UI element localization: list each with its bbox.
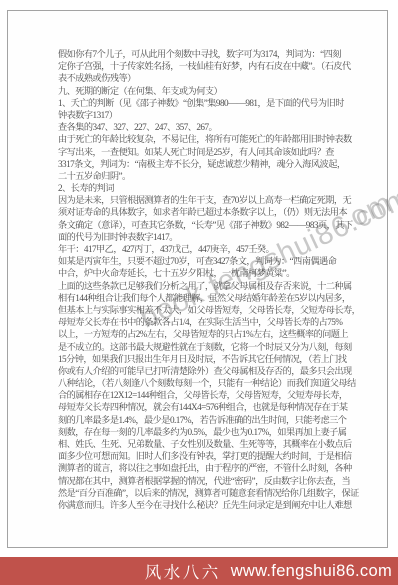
text-line: 3317条文，判词为：“南极主寿不长分，疑虑诚惹少精神，魂分入海风波起， xyxy=(58,158,358,170)
text-line: 中合，炉中火命寿延长，七十五岁夕阳杖，一枕南柯梦黄粱”。 xyxy=(58,267,358,279)
text-line: 字写出来，一查便知。如某人死亡时间是25岁，有人问其命该如此吗？查 xyxy=(58,146,358,158)
text-line: 如某是丙寅年生，只要不超过70岁，可查3427条文，判词为：“西南偶遇命 xyxy=(58,255,358,267)
body-text: 假如你有7个儿子，可从此用个刻数中寻找，数字可为3174，判词为：“四刻定你子宫… xyxy=(58,48,358,511)
text-line: 刻的几率最多是1.4%，最少是0.17%，若告诉准确的出生时间，只能考虑三个 xyxy=(58,414,358,426)
text-line: 刻数，存在每一刻的几率最多约为0.5%，最少也为0.17%，如果再加上妻子属 xyxy=(58,426,358,438)
text-line: 表不成熟或伤残等） xyxy=(58,72,358,84)
text-line: 合的属相存在12X12=144种组合，父母皆长寿，父母皆短寿，父短寿母长寿， xyxy=(58,389,358,401)
text-line: 须对证寿命的具体数字，如求者年龄已超过本条数字以上，（仍）则无法用本 xyxy=(58,206,358,218)
text-line: 假如你有7个儿子，可从此用个刻数中寻找，数字可为3174，判词为：“四刻 xyxy=(58,48,358,60)
text-line: 测算者的谎言，将以往之事如盘托出，由于程序的严密，不管什么时刻，各种 xyxy=(58,462,358,474)
text-line: 但基本上与实际事实相差不太大，如父母皆短寿，父母皆长寿，父短寿母长寿， xyxy=(58,304,358,316)
text-line: 情况都在其中，测算者根据掌握的情况，代进“密码”，反由数字让你去查，当 xyxy=(58,475,358,487)
text-line: 二十五岁命归阴”。 xyxy=(58,170,358,182)
text-line: 因为是未来，只管根据测算者的生年干支，查70岁以上高寿一栏确定死期，无 xyxy=(58,194,358,206)
footer-site-name: 风水八六 xyxy=(145,559,221,583)
text-line: 相、姓氏、生死、兄弟数量、子女性别及数量、生死等等，其概率在小数点后 xyxy=(58,438,358,450)
text-line: 上面的这些条款已足够我们分析之用了，就拿父母属相及存否来说，十二种属 xyxy=(58,280,358,292)
text-line: 定你子宫强，十子传家姓名扬，一枝仙桂有好梦，内有石皮在中藏”。（石皮代 xyxy=(58,60,358,72)
text-line: 九、死期的断定（在何集、年支或为何支） xyxy=(58,85,358,97)
text-line: 你或有人介绍的可能早已打听清楚除外）查父母属相及存否的，最多只会出现 xyxy=(58,365,358,377)
text-line: 15分钟，如果我们只报出生年月日及时辰，不告诉其它任何情况，（若上门找 xyxy=(58,353,358,365)
text-line: 母短寿父长寿在书中的条款各占1/4，在实际生活当中，父母皆长寿的占75% xyxy=(58,316,358,328)
text-line: 面多少位可想而知。旧时人们多没有钟表，掌打更的提醒大约时间，于是相信 xyxy=(58,450,358,462)
text-line: 年干：417甲乙，427丙丁，437戊己，447庚辛，457壬癸。 xyxy=(58,243,358,255)
text-line: 条文确定（意译），可查其它条数，“长寿”见《邵子神数》982——983页，其下 xyxy=(58,219,358,231)
text-line: 你满意而归。许多人至今在寻找什么秘诀？丘先生问录定是到阐充中让人难想 xyxy=(58,499,358,511)
footer-banner: 风水八六 www.fengshui86.com xyxy=(0,557,398,585)
text-line: 八种结论，（若八刻逢八个刻数每刻一个，只能有一种结论）而我们知道父母结 xyxy=(58,377,358,389)
text-line: 由于死亡的年龄比较复杂，不易记住，将所有可能死亡的年龄都用旧时钟表数 xyxy=(58,133,358,145)
text-line: 钟表数字1317） xyxy=(58,109,358,121)
footer-site-url: www.fengshui86.com xyxy=(231,562,392,581)
scanned-book-page: om book.fengshui86.com 假如你有7个儿子，可从此用个刻数中… xyxy=(0,0,398,585)
text-line: 相有144种组合让我们每个人都能理解，虽然父母结婚年龄差在5岁以内居多， xyxy=(58,292,358,304)
text-line: 以上，一方短寿的占2%左右，父母皆短寿的只占1%左右，这些概率的问题上 xyxy=(58,328,358,340)
text-line: 面的代号为旧时钟表数字1417。 xyxy=(58,231,358,243)
text-line: 1、夭亡的判断（见《邵子神数》“创集”集980——981，是下面的代号为旧时 xyxy=(58,97,358,109)
text-line: 然是“百分百准确”，以后来的情况，测算者可随意套看情况给你几组数字，保证 xyxy=(58,487,358,499)
text-line: 母短寿父长寿四种情况，就会有144X4=576种组合，也就是每种情况存在于某 xyxy=(58,401,358,413)
text-line: 2、长寿的判词 xyxy=(58,182,358,194)
text-line: 是不成立的。这部书最大规避性就在于刻数，它将一个时辰又分为八刻，每刻 xyxy=(58,341,358,353)
text-line: 查各集的347、327、227、247、357、267。 xyxy=(58,121,358,133)
